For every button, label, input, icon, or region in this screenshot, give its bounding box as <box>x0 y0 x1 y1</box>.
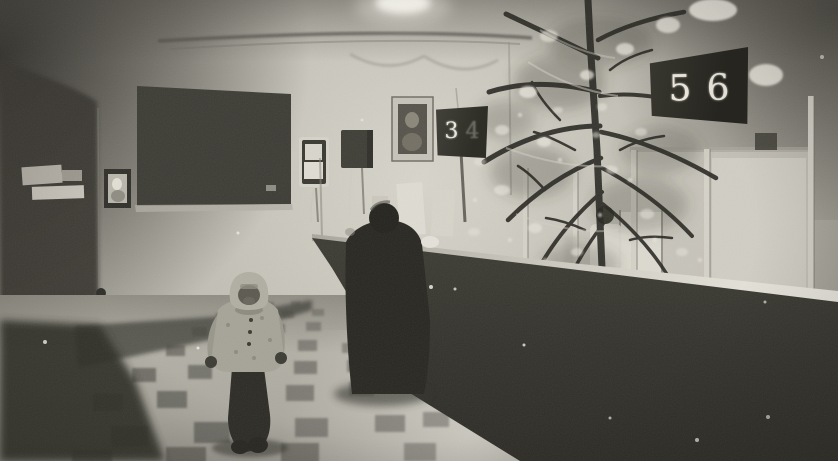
sign-digit-5: 5 <box>668 71 692 107</box>
sign-digit-6: 6 <box>706 70 730 106</box>
photograph: 3 4 5 6 <box>0 0 838 461</box>
sign-digit-3: 3 <box>445 121 459 143</box>
counter-number-sign-3-4: 3 4 <box>436 106 488 158</box>
sign-digit-4: 4 <box>466 121 480 143</box>
